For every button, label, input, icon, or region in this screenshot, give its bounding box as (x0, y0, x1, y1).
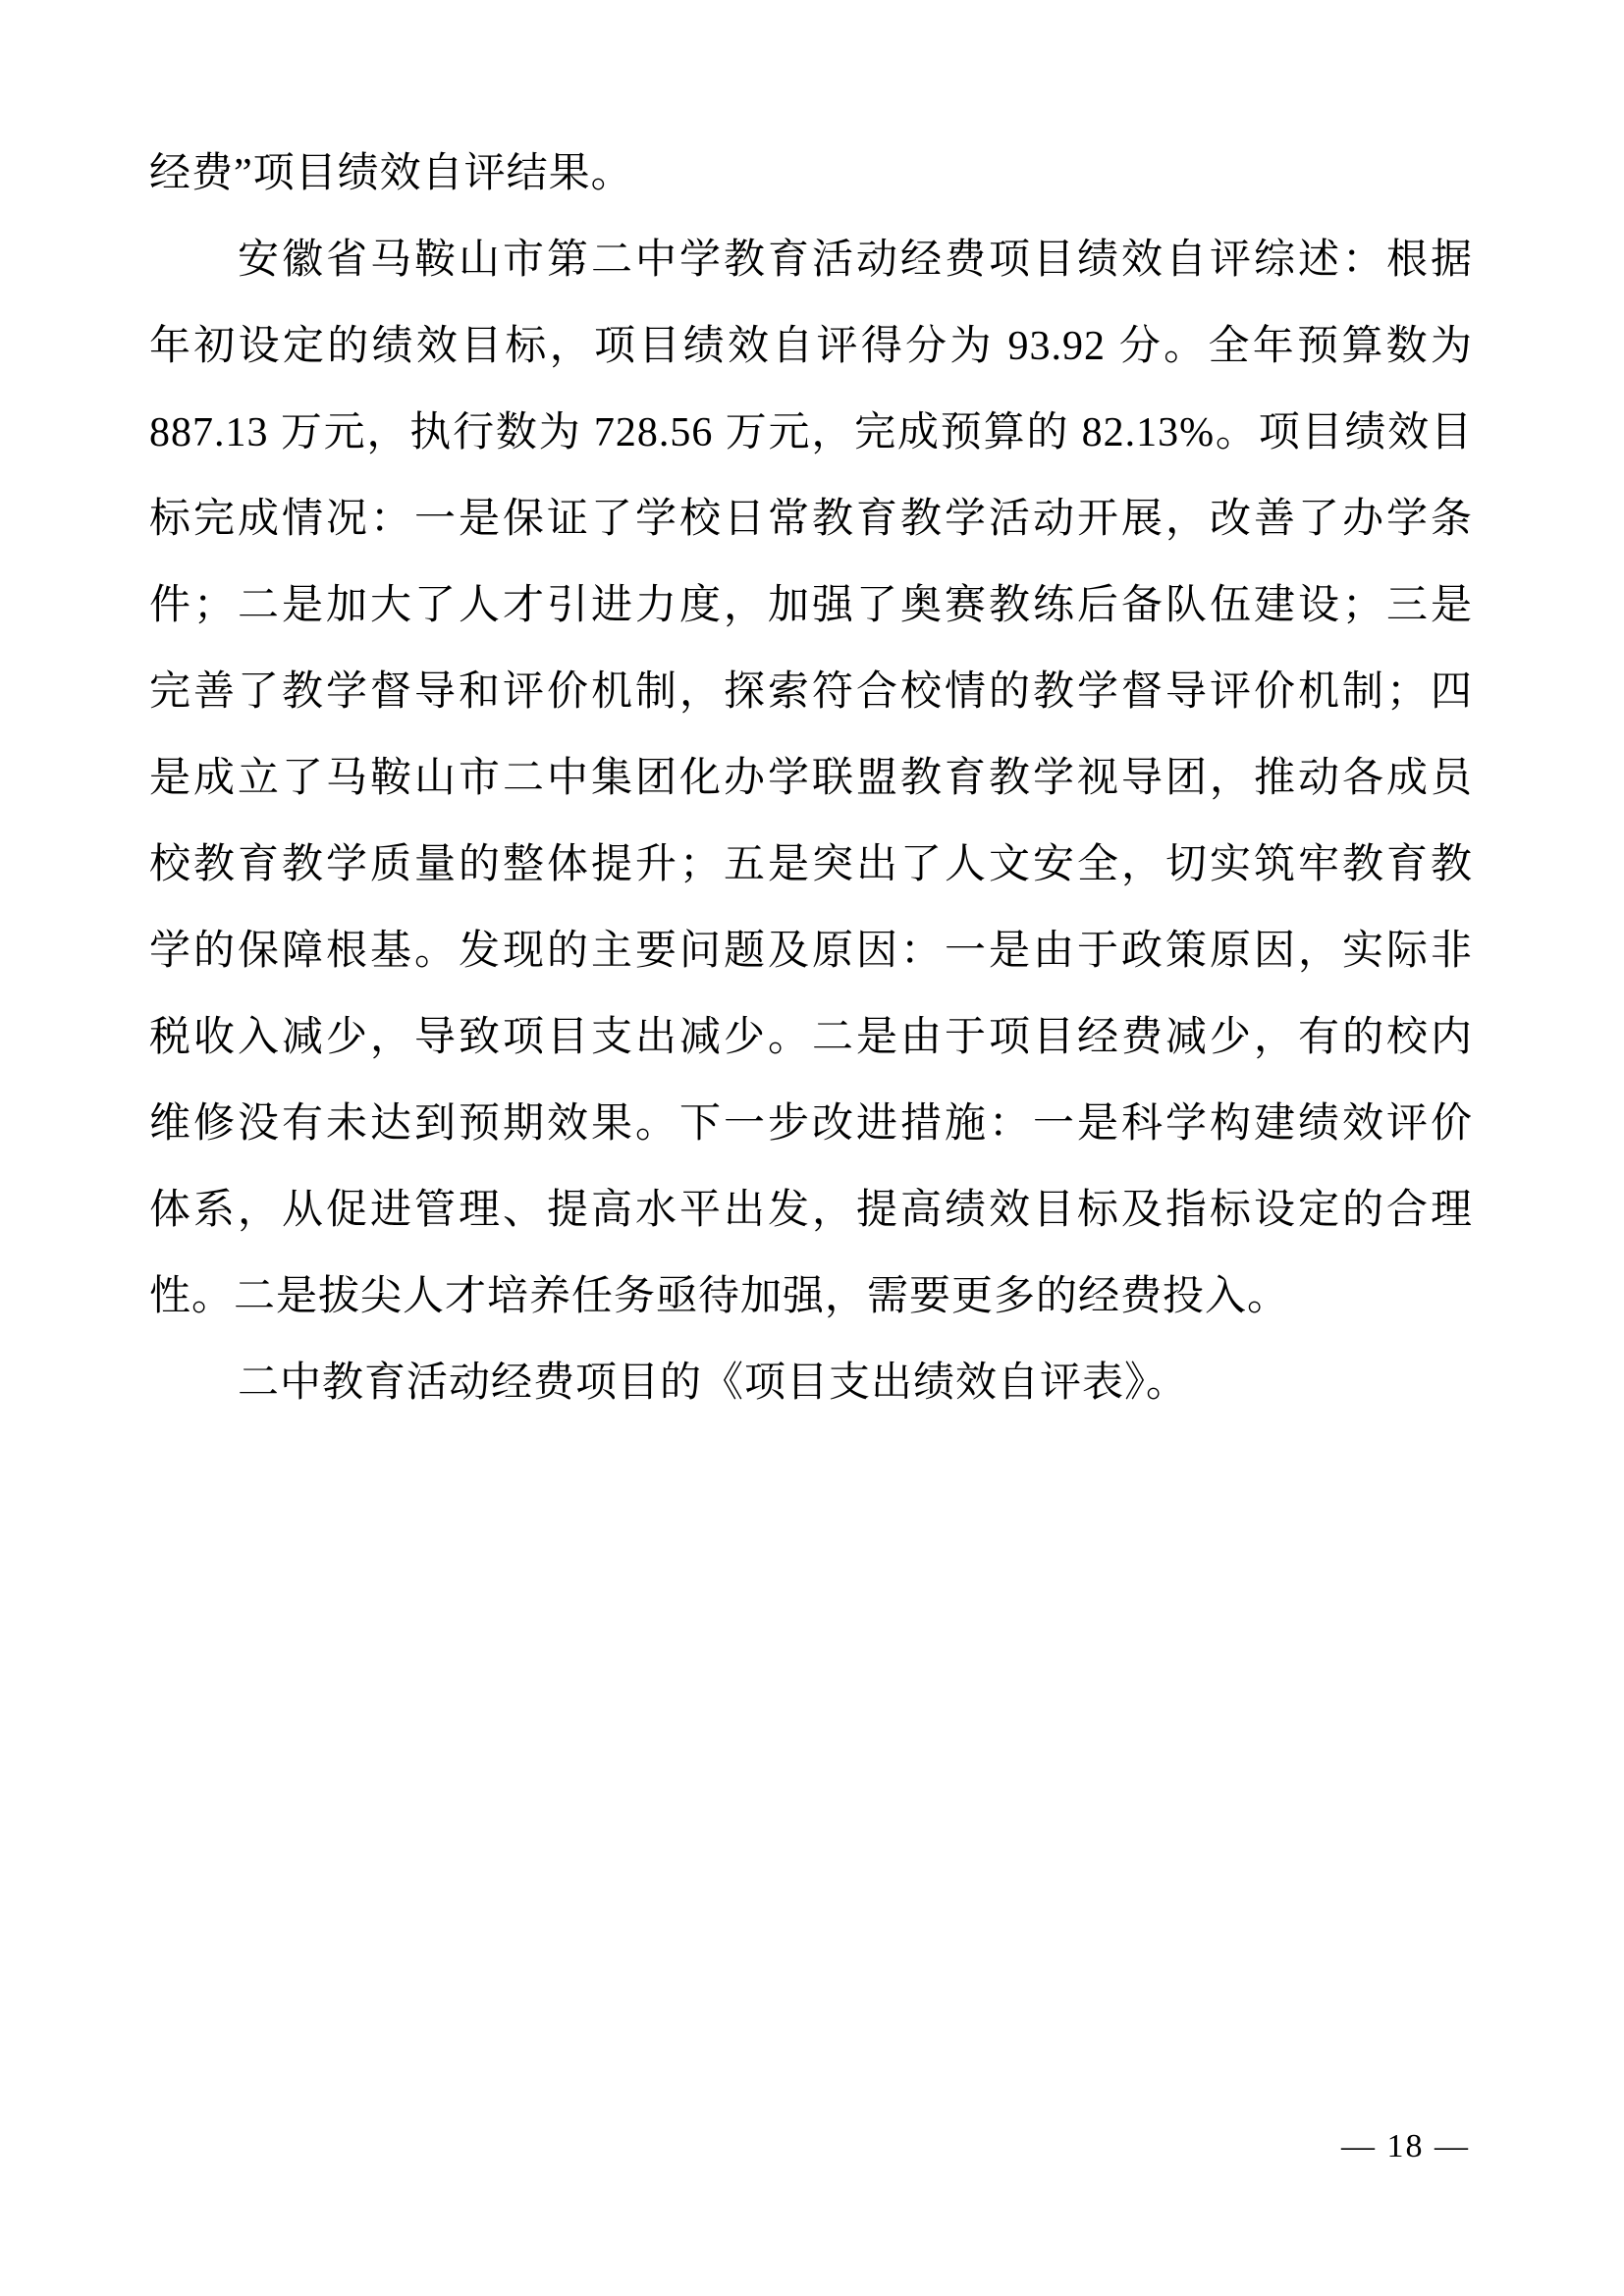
body-text: 经费”项目绩效自评结果。安徽省马鞍山市第二中学教育活动经费项目绩效自评综述：根据… (149, 131, 1473, 1426)
text-line: 性。二是拔尖人才培养任务亟待加强，需要更多的经费投入。 (149, 1254, 1473, 1340)
text-line: 校教育教学质量的整体提升；五是突出了人文安全，切实筑牢教育教 (149, 822, 1473, 908)
document-page: 经费”项目绩效自评结果。安徽省马鞍山市第二中学教育活动经费项目绩效自评综述：根据… (0, 0, 1624, 2296)
text-line: 税收入减少，导致项目支出减少。二是由于项目经费减少，有的校内 (149, 994, 1473, 1081)
text-line: 学的保障根基。发现的主要问题及原因：一是由于政策原因，实际非 (149, 908, 1473, 994)
page-number: — 18 — (1341, 2117, 1470, 2176)
text-line: 件；二是加大了人才引进力度，加强了奥赛教练后备队伍建设；三是 (149, 562, 1473, 649)
text-line: 是成立了马鞍山市二中集团化办学联盟教育教学视导团，推动各成员 (149, 735, 1473, 822)
text-line: 887.13 万元，执行数为 728.56 万元，完成预算的 82.13%。项目… (149, 390, 1473, 476)
text-line: 二中教育活动经费项目的《项目支出绩效自评表》。 (149, 1340, 1473, 1426)
text-line: 维修没有未达到预期效果。下一步改进措施：一是科学构建绩效评价 (149, 1081, 1473, 1167)
page-footer: — 18 — (1341, 2117, 1470, 2176)
text-line: 体系，从促进管理、提高水平出发，提高绩效目标及指标设定的合理 (149, 1167, 1473, 1254)
text-line: 经费”项目绩效自评结果。 (149, 131, 1473, 217)
text-line: 完善了教学督导和评价机制，探索符合校情的教学督导评价机制；四 (149, 649, 1473, 735)
text-line: 年初设定的绩效目标，项目绩效自评得分为 93.92 分。全年预算数为 (149, 303, 1473, 390)
text-line: 安徽省马鞍山市第二中学教育活动经费项目绩效自评综述：根据 (149, 217, 1473, 303)
text-line: 标完成情况：一是保证了学校日常教育教学活动开展，改善了办学条 (149, 476, 1473, 562)
